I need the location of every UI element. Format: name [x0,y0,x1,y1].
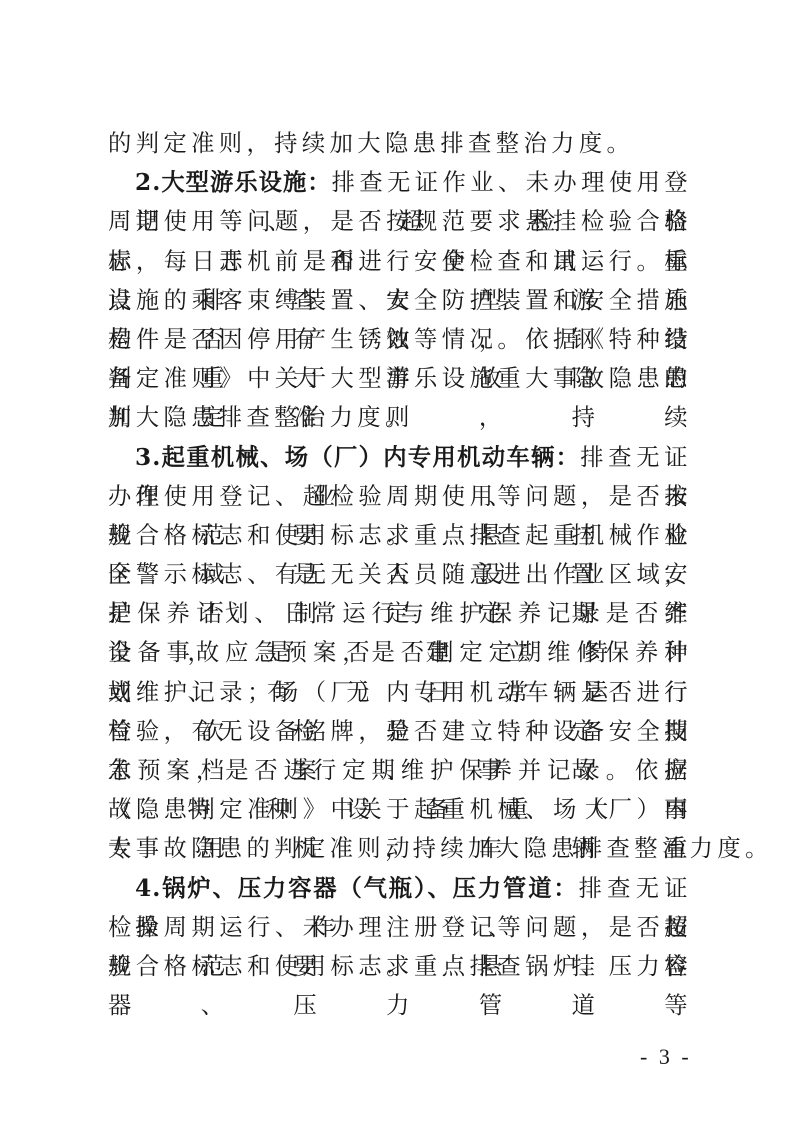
paragraph-line: 急预案，是否进行定期维护保养并记录。依据《特种设备重大事 [108,751,692,790]
paragraph-line: 全警示标志、有无无关人员随意进出作业区域，是否制定定期维 [108,555,692,594]
paragraph-line: 大事故隐患的判定准则，持续加大隐患排查整治力度。 [108,829,692,868]
document-page-body: 的判定准则，持续加大隐患排查整治力度。 2.大型游乐设施：排查无证作业、未办理使… [108,124,692,986]
paragraph-line: 或维护记录；场（厂）内专用机动车辆是否进行首次检验、定期 [108,673,692,712]
paragraph-line: 构件是否因停用产生锈蚀等情况。依据《特种设备重大事故隐患 [108,320,692,359]
paragraph-first-line: 2.大型游乐设施：排查无证作业、未办理使用登记、超检验 [108,163,692,202]
paragraph-line: 设施的乘客束缚装置、安全防护装置和安全措施是否有效，钢结 [108,281,692,320]
paragraph-line: 办理使用登记、超检验周期使用等问题，是否按规范要求悬挂检 [108,477,692,516]
paragraph-line: 验合格标志和使用标志。重点排查起重机械作业区域是否设置安 [108,516,692,555]
paragraph-line: 周期使用等问题，是否按规范要求悬挂检验合格标志和使用标 [108,202,692,241]
paragraph-line: 验合格标志和使用标志。重点排查锅炉、压力容器、压力管道等 [108,947,692,986]
paragraph-line: 设备事故应急预案，是否制定定期维修保养计划、有无日常运行 [108,633,692,672]
paragraph-line: 志，每日开机前是否进行安全检查和试运行。重点排查大型游乐 [108,242,692,281]
section-heading-lifting-machinery: 3.起重机械、场（厂）内专用机动车辆： [135,444,580,471]
paragraph-line: 故隐患判定准则》中关于起重机械、场（厂）内专用机动车辆重 [108,790,692,829]
paragraph-first-line: 4.锅炉、压力容器（气瓶）、压力管道：排查无证操作、超 [108,869,692,908]
section-heading-amusement-facilities: 2.大型游乐设施： [135,169,332,196]
paragraph-line: 检验，有无设备铭牌，是否建立特种设备安全技术档案、事故应 [108,712,692,751]
page-number: - 3 - [640,1044,692,1070]
paragraph-first-line: 3.起重机械、场（厂）内专用机动车辆：排查无证作业、未 [108,438,692,477]
paragraph-line: 的判定准则，持续加大隐患排查整治力度。 [108,124,692,163]
paragraph-line: 判定准则》中关于大型游乐设施重大事故隐患的判定准则，持续 [108,359,692,398]
paragraph-line: 检验周期运行、未办理注册登记等问题，是否按规范要求悬挂检 [108,908,692,947]
paragraph-line: 护保养计划、日常运行与维护保养记录是否齐全，是否建立特种 [108,594,692,633]
section-heading-boilers-pressure: 4.锅炉、压力容器（气瓶）、压力管道： [135,875,579,902]
